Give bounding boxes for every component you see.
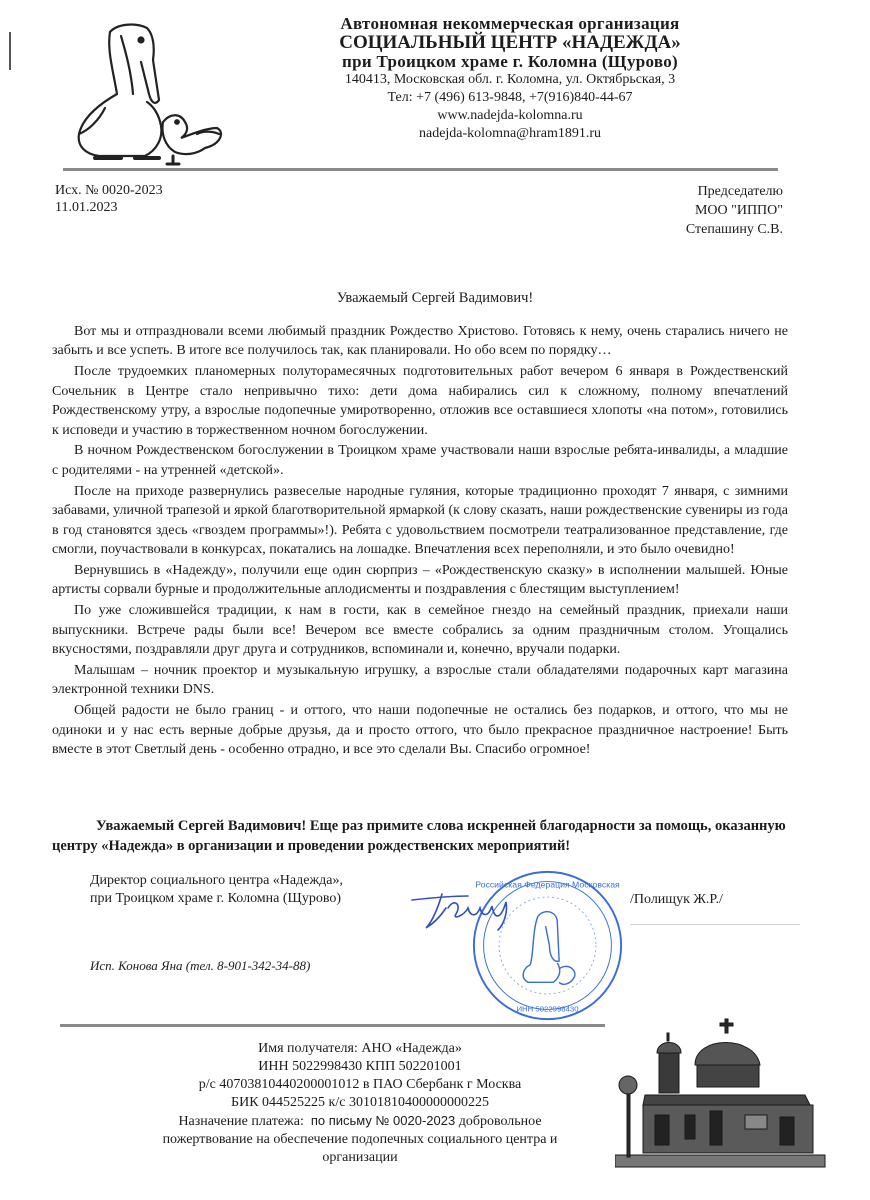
payment-purpose: Назначение платежа: по письму № 0020-202… (110, 1112, 610, 1131)
payment-purpose-label: Назначение платежа: (178, 1114, 303, 1129)
church-engraving-icon (615, 1005, 830, 1190)
addressee-title: Председателю (686, 182, 783, 201)
signatory-title: Директор социального центра «Надежда», п… (90, 872, 343, 908)
signatory-title-line1: Директор социального центра «Надежда», (90, 872, 343, 890)
header-divider (63, 168, 778, 171)
payment-purpose-text-line3: организации (110, 1149, 610, 1167)
body-paragraph: Общей радости не было границ - и оттого,… (52, 701, 788, 759)
org-website: www.nadejda-kolomna.ru (290, 107, 730, 125)
outgoing-reference: Исх. № 0020-2023 11.01.2023 (55, 182, 163, 216)
scan-edge-mark (9, 32, 11, 70)
footer-divider (60, 1024, 605, 1027)
body-paragraph: В ночном Рождественском богослужении в Т… (52, 441, 788, 480)
body-paragraph: По уже сложившейся традиции, к нам в гос… (52, 601, 788, 659)
inn-kpp: ИНН 5022998430 КПП 502201001 (110, 1058, 610, 1076)
letterhead: Автономная некоммерческая организация СО… (290, 14, 730, 143)
org-phones: Тел: +7 (496) 613-9848, +7(916)840-44-67 (290, 89, 730, 107)
body-paragraph: После на приходе развернулись развеселые… (52, 482, 788, 560)
recipient-name: Имя получателя: АНО «Надежда» (110, 1040, 610, 1058)
signature-line (630, 924, 800, 925)
letter-body: Вот мы и отпраздновали всеми любимый пра… (52, 322, 788, 761)
reference-number: Исх. № 0020-2023 (55, 182, 163, 199)
addressee-name: Степашину С.В. (686, 220, 783, 239)
org-address: 140413, Московская обл. г. Коломна, ул. … (290, 71, 730, 89)
bank-details: Имя получателя: АНО «Надежда» ИНН 502299… (110, 1040, 610, 1167)
org-email: nadejda-kolomna@hram1891.ru (290, 125, 730, 143)
payment-purpose-reference: по письму № 0020-2023 (311, 1113, 455, 1128)
payment-purpose-text: добровольное (459, 1114, 542, 1129)
handwritten-signature-icon (410, 878, 520, 938)
org-type: Автономная некоммерческая организация (290, 14, 730, 33)
signatory-title-line2: при Троицком храме г. Коломна (Щурово) (90, 890, 343, 908)
addressee-org: МОО "ИППО" (686, 201, 783, 220)
pelican-feeding-chick-icon (55, 10, 255, 170)
reference-date: 11.01.2023 (55, 199, 163, 216)
org-affiliation: при Троицком храме г. Коломна (Щурово) (290, 52, 730, 71)
bik-correspondent-account: БИК 044525225 к/с 30101810400000000225 (110, 1094, 610, 1112)
addressee-block: Председателю МОО "ИППО" Степашину С.В. (686, 182, 783, 239)
salutation: Уважаемый Сергей Вадимович! (0, 290, 870, 307)
org-name: СОЦИАЛЬНЫЙ ЦЕНТР «НАДЕЖДА» (290, 33, 730, 52)
body-paragraph: После трудоемких планомерных полуторамес… (52, 362, 788, 440)
closing-statement: Уважаемый Сергей Вадимович! Еще раз прим… (52, 816, 788, 856)
body-paragraph: Вернувшись в «Надежду», получили еще оди… (52, 561, 788, 600)
payment-purpose-text-line2: пожертвование на обеспечение подопечных … (110, 1131, 610, 1149)
signatory-name: /Полищук Ж.Р./ (630, 892, 723, 908)
settlement-account: р/с 40703810440200001012 в ПАО Сбербанк … (110, 1076, 610, 1094)
executor-contact: Исп. Конова Яна (тел. 8-901-342-34-88) (90, 958, 310, 974)
body-paragraph: Малышам – ночник проектор и музыкальную … (52, 661, 788, 700)
body-paragraph: Вот мы и отпраздновали всеми любимый пра… (52, 322, 788, 361)
svg-text:ИНН 5022998430: ИНН 5022998430 (516, 1004, 578, 1013)
